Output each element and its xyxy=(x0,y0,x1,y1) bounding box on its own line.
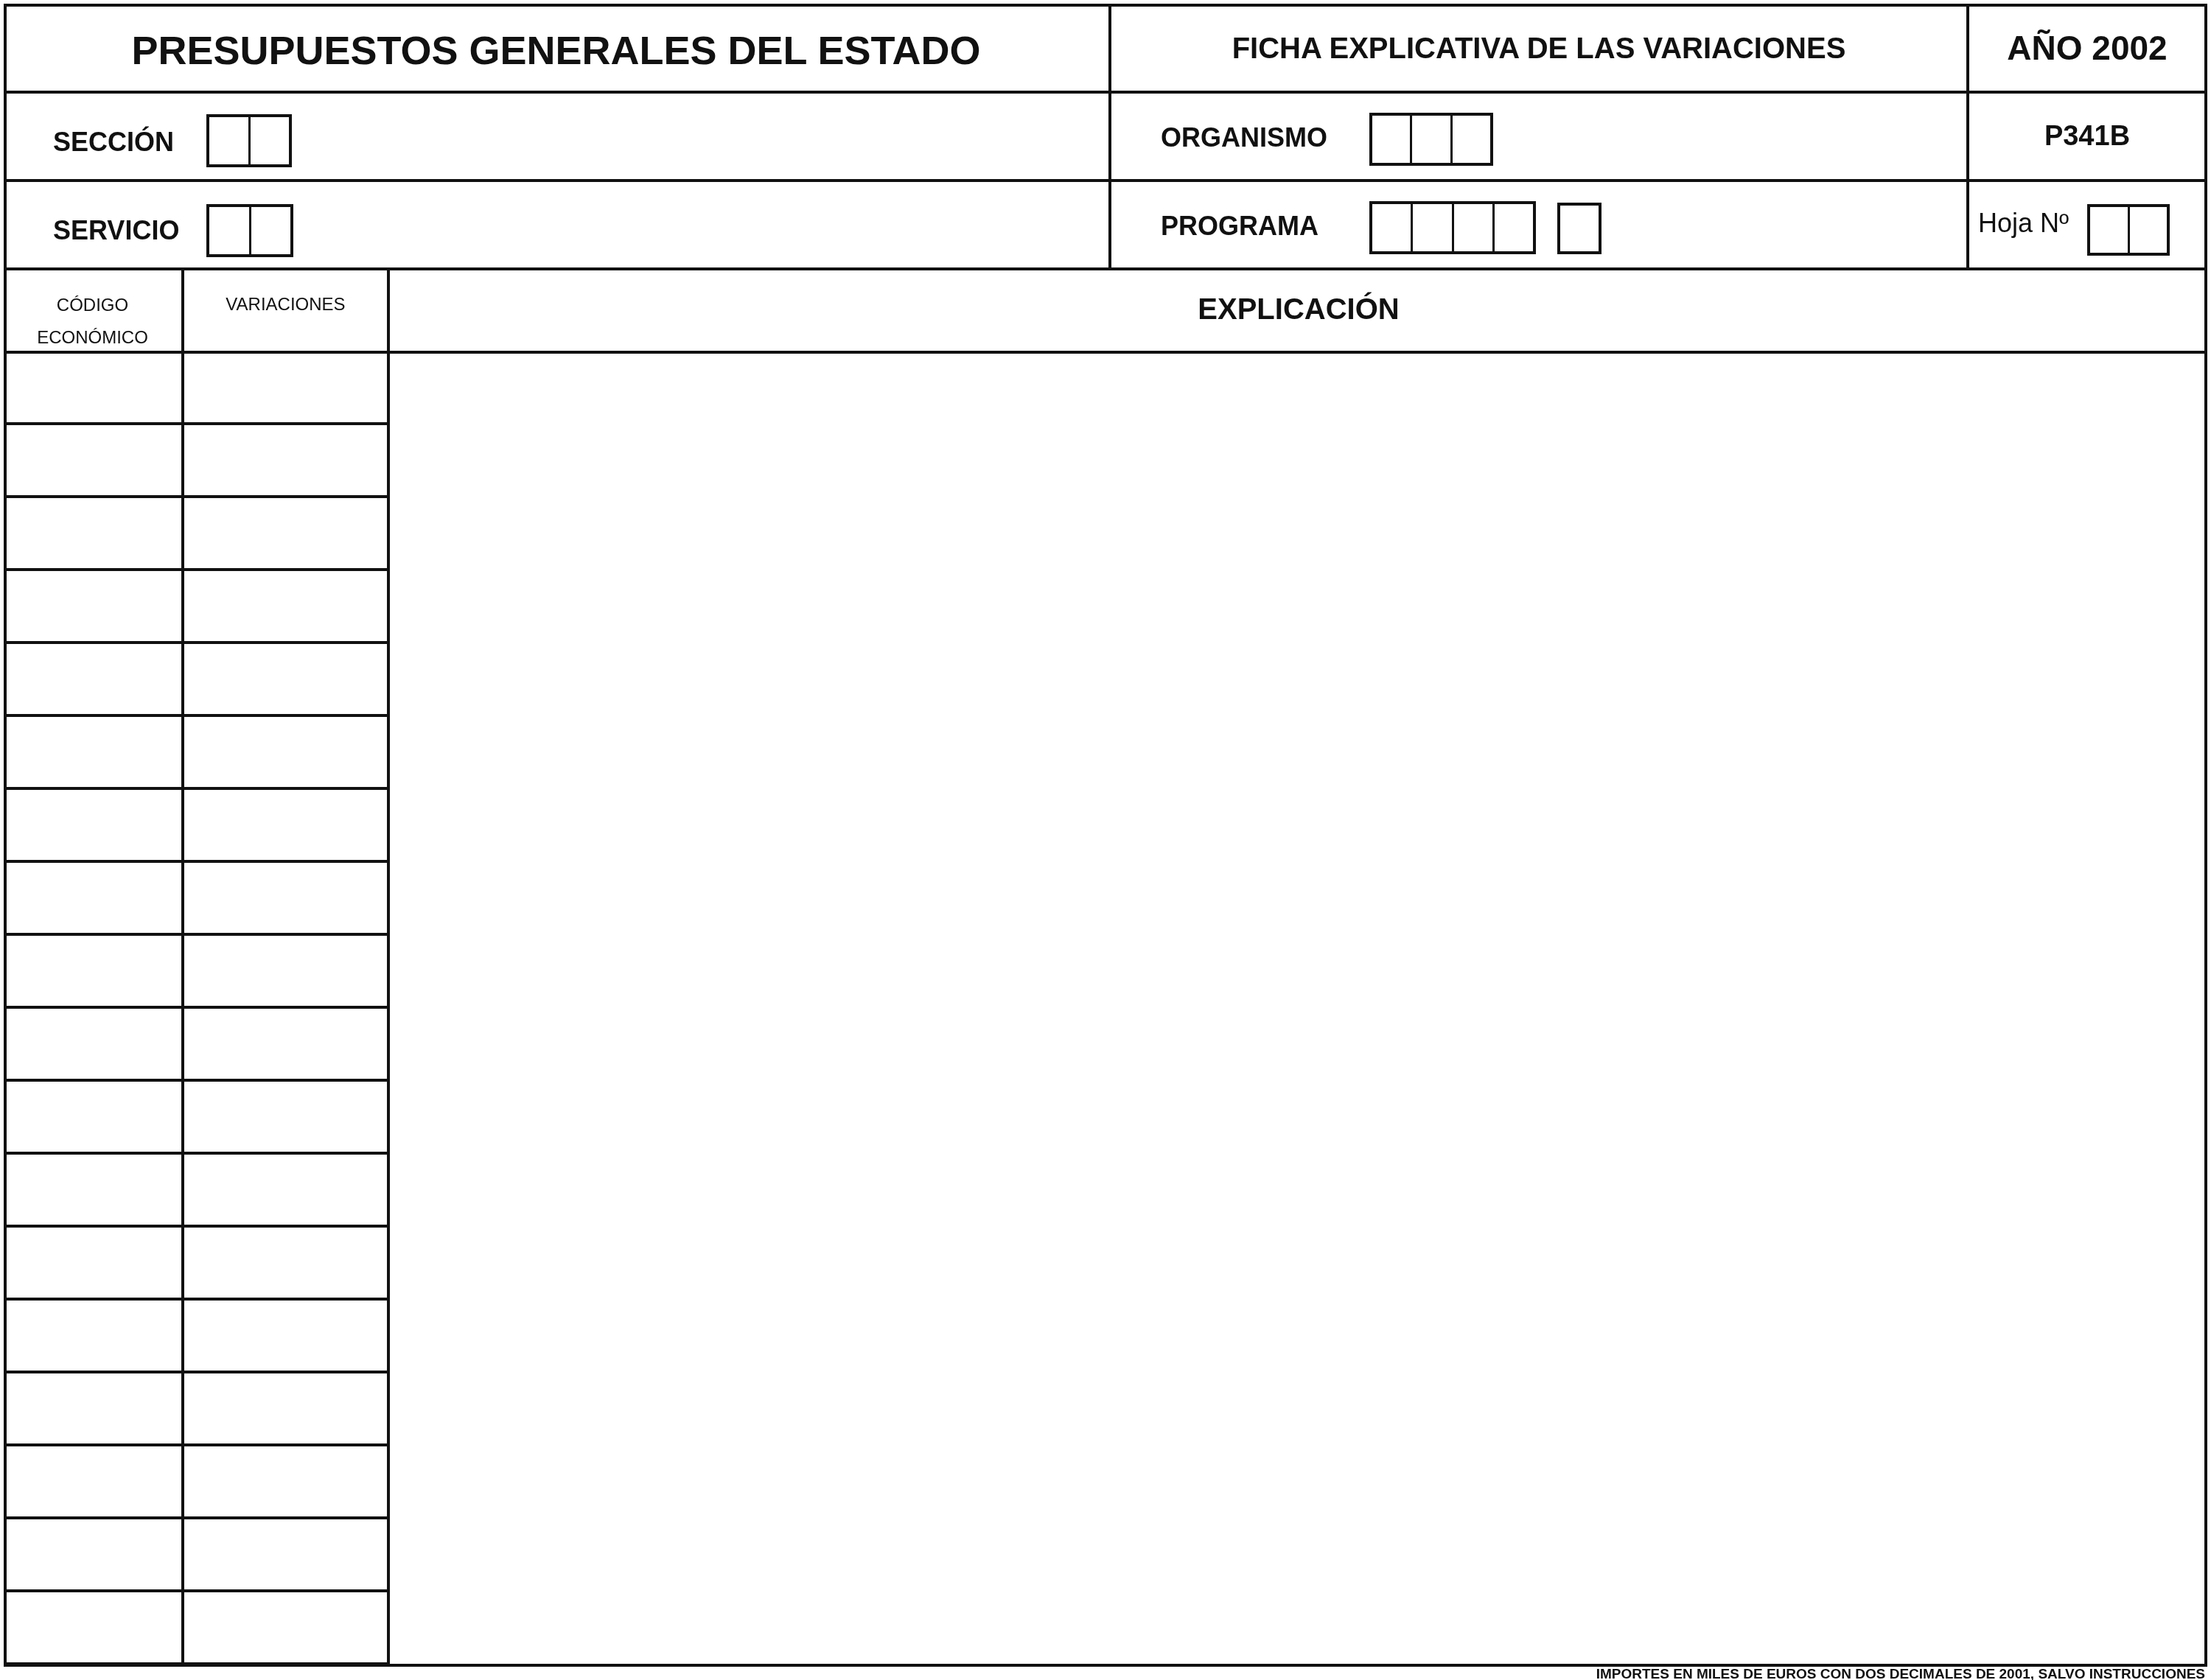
codigo-economico-cell[interactable] xyxy=(4,571,184,644)
table-row xyxy=(4,863,390,936)
codigo-economico-cell[interactable] xyxy=(4,1228,184,1301)
variaciones-cell[interactable] xyxy=(184,936,390,1009)
table-row xyxy=(4,1228,390,1301)
servicio-input[interactable] xyxy=(206,204,293,257)
table-row xyxy=(4,352,390,425)
table-row xyxy=(4,498,390,571)
page-title: PRESUPUESTOS GENERALES DEL ESTADO xyxy=(4,28,1108,74)
digit-box[interactable] xyxy=(251,117,290,164)
variaciones-cell[interactable] xyxy=(184,863,390,936)
variaciones-cell[interactable] xyxy=(184,425,390,498)
codigo-economico-cell[interactable] xyxy=(4,1446,184,1519)
table-row xyxy=(4,1592,390,1665)
column-header-codigo-line1: CÓDIGO xyxy=(4,290,181,322)
organismo-label: ORGANISMO xyxy=(1161,122,1327,153)
variaciones-cell[interactable] xyxy=(184,1301,390,1373)
variaciones-cell[interactable] xyxy=(184,790,390,863)
variaciones-cell[interactable] xyxy=(184,1009,390,1082)
digit-box[interactable] xyxy=(2130,207,2168,253)
table-row xyxy=(4,1373,390,1446)
table-row xyxy=(4,1155,390,1228)
column-header-codigo-line2: ECONÓMICO xyxy=(4,322,181,354)
codigo-economico-cell[interactable] xyxy=(4,936,184,1009)
table-row xyxy=(4,1082,390,1155)
table-row xyxy=(4,1009,390,1082)
table-row xyxy=(4,717,390,790)
column-header-explicacion: EXPLICACIÓN xyxy=(390,293,2207,326)
table-row xyxy=(4,790,390,863)
codigo-economico-cell[interactable] xyxy=(4,1519,184,1592)
digit-box[interactable] xyxy=(1495,204,1533,251)
variaciones-cell[interactable] xyxy=(184,1155,390,1228)
digit-box[interactable] xyxy=(1372,116,1412,163)
divider xyxy=(4,351,390,354)
variaciones-cell[interactable] xyxy=(184,1373,390,1446)
digit-box[interactable] xyxy=(1453,116,1490,163)
digit-box[interactable] xyxy=(1560,206,1599,251)
variaciones-cell[interactable] xyxy=(184,498,390,571)
explicacion-textarea[interactable] xyxy=(390,354,2204,1665)
divider xyxy=(4,179,2207,182)
variaciones-cell[interactable] xyxy=(184,352,390,425)
table-row xyxy=(4,1446,390,1519)
digit-box[interactable] xyxy=(209,117,251,164)
programa-input[interactable] xyxy=(1369,201,1536,254)
table-row xyxy=(4,644,390,717)
hoja-input[interactable] xyxy=(2087,204,2170,256)
digit-box[interactable] xyxy=(2090,207,2130,253)
variaciones-cell[interactable] xyxy=(184,1446,390,1519)
column-header-codigo: CÓDIGO ECONÓMICO xyxy=(4,290,181,354)
form-code: P341B xyxy=(1969,121,2205,153)
hoja-label: Hoja Nº xyxy=(1978,208,2069,239)
codigo-economico-cell[interactable] xyxy=(4,717,184,790)
divider xyxy=(4,267,2207,270)
digit-box[interactable] xyxy=(1412,116,1452,163)
table-row xyxy=(4,425,390,498)
codigo-economico-cell[interactable] xyxy=(4,425,184,498)
seccion-label: SECCIÓN xyxy=(53,127,174,158)
variaciones-cell[interactable] xyxy=(184,571,390,644)
year-label: AÑO 2002 xyxy=(1969,28,2205,68)
digit-box[interactable] xyxy=(1372,204,1413,251)
programa-extra-input[interactable] xyxy=(1557,203,1602,254)
divider xyxy=(4,91,2207,94)
codigo-economico-cell[interactable] xyxy=(4,352,184,425)
codigo-economico-cell[interactable] xyxy=(4,1301,184,1373)
digit-box[interactable] xyxy=(209,207,251,254)
codigo-economico-cell[interactable] xyxy=(4,863,184,936)
footer-note: IMPORTES EN MILES DE EUROS CON DOS DECIM… xyxy=(1596,1667,2205,1680)
digit-box[interactable] xyxy=(251,207,291,254)
codigo-economico-cell[interactable] xyxy=(4,644,184,717)
variaciones-cell[interactable] xyxy=(184,717,390,790)
codigo-economico-cell[interactable] xyxy=(4,1082,184,1155)
codigo-economico-cell[interactable] xyxy=(4,1592,184,1665)
table-row xyxy=(4,936,390,1009)
table-row xyxy=(4,1519,390,1592)
variaciones-cell[interactable] xyxy=(184,1592,390,1665)
table-row xyxy=(4,1301,390,1373)
variaciones-cell[interactable] xyxy=(184,1082,390,1155)
programa-label: PROGRAMA xyxy=(1161,211,1318,242)
digit-box[interactable] xyxy=(1413,204,1453,251)
codigo-economico-cell[interactable] xyxy=(4,790,184,863)
variaciones-cell[interactable] xyxy=(184,1519,390,1592)
servicio-label: SERVICIO xyxy=(53,215,179,246)
digit-box[interactable] xyxy=(1454,204,1495,251)
seccion-input[interactable] xyxy=(206,114,292,167)
codigo-economico-cell[interactable] xyxy=(4,1009,184,1082)
codigo-economico-cell[interactable] xyxy=(4,1155,184,1228)
codigo-economico-cell[interactable] xyxy=(4,1373,184,1446)
variaciones-cell[interactable] xyxy=(184,1228,390,1301)
column-header-variaciones: VARIACIONES xyxy=(184,295,387,315)
table-row xyxy=(4,571,390,644)
form-subtitle: FICHA EXPLICATIVA DE LAS VARIACIONES xyxy=(1111,32,1966,66)
variaciones-cell[interactable] xyxy=(184,644,390,717)
codigo-economico-cell[interactable] xyxy=(4,498,184,571)
organismo-input[interactable] xyxy=(1369,113,1493,166)
